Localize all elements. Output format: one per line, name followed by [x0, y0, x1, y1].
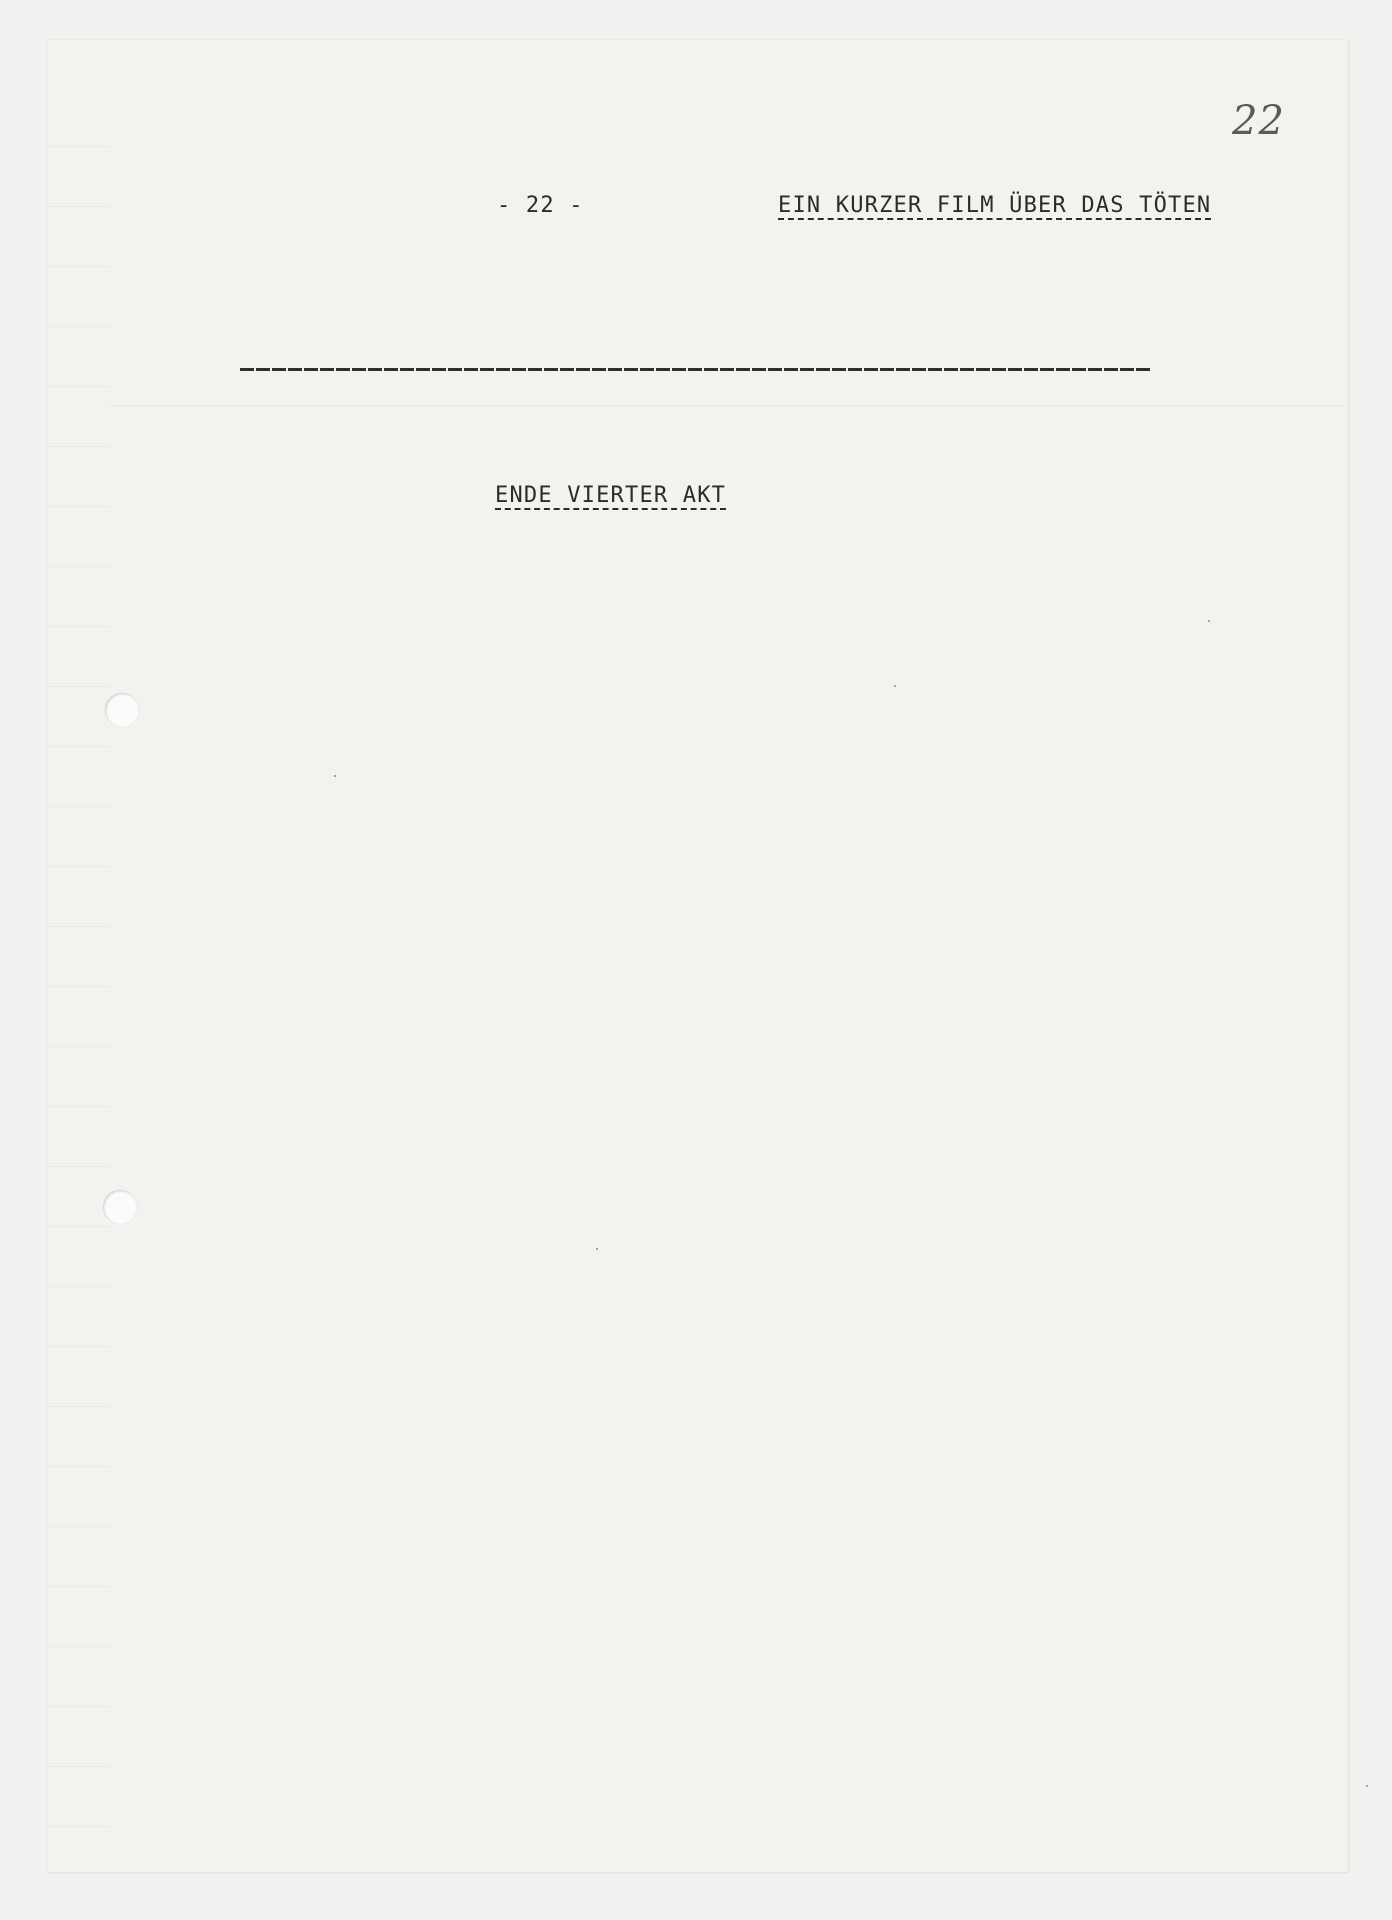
- act-end-heading: ENDE VIERTER AKT: [495, 483, 726, 508]
- document-page: 22 - 22 - EIN KURZER FILM ÜBER DAS TÖTEN…: [48, 40, 1348, 1872]
- handwritten-page-number: 22: [1232, 98, 1285, 144]
- typed-page-number: - 22 -: [497, 193, 584, 218]
- paper-speck: [1208, 620, 1210, 622]
- punch-hole-top: [105, 693, 139, 727]
- paper-speck: [334, 775, 336, 777]
- header-title: EIN KURZER FILM ÜBER DAS TÖTEN: [778, 193, 1211, 218]
- punch-hole-bottom: [103, 1190, 137, 1224]
- paper-speck: [894, 685, 896, 687]
- paper-speck: [596, 1248, 598, 1250]
- separator-line: [240, 368, 1150, 371]
- margin-artifacts: [48, 120, 110, 1860]
- paper-speck: [1366, 1785, 1368, 1787]
